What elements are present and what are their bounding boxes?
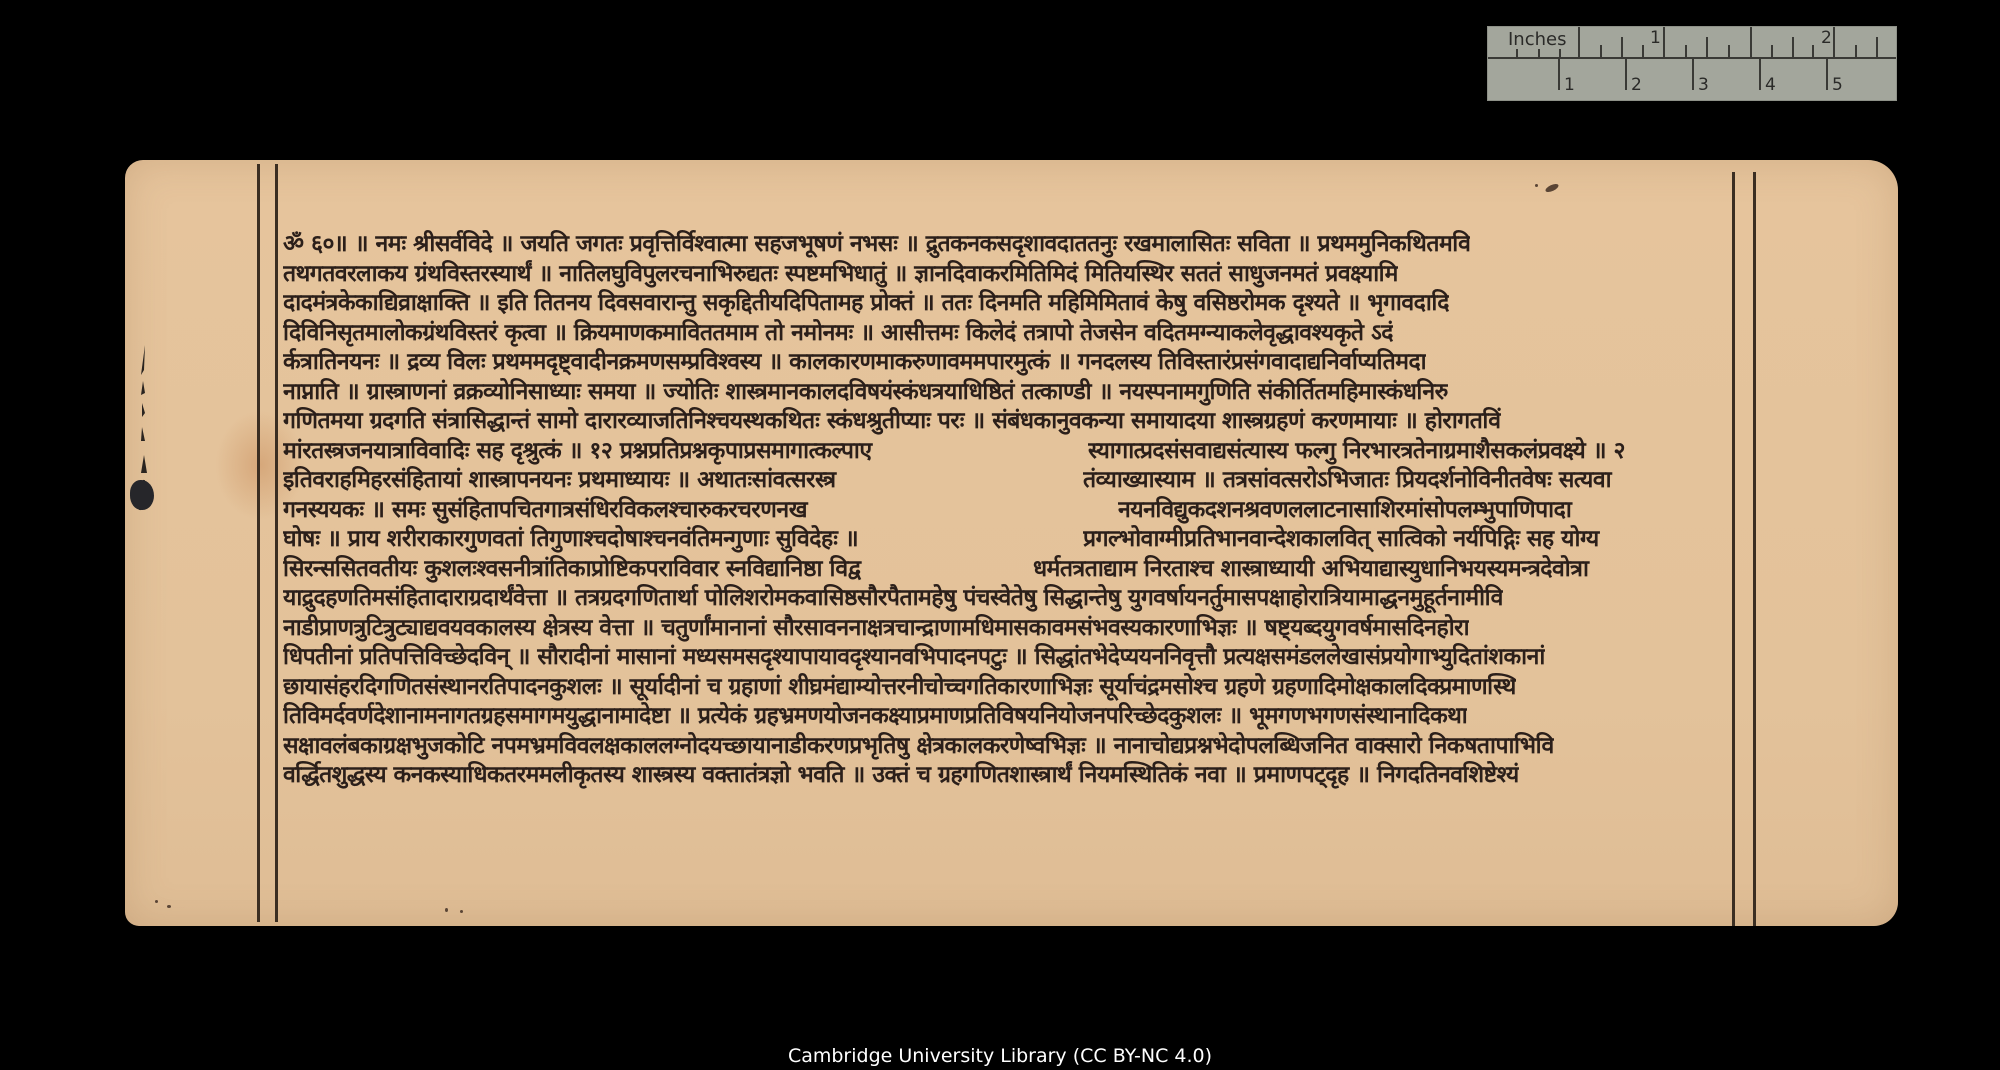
ruler-tick	[1685, 45, 1687, 58]
ruler-tick	[1855, 45, 1857, 58]
text-line-content: तथगतवरलाकय ग्रंथविस्तरस्यार्थं ॥ नातिलघु…	[283, 260, 1398, 290]
ruler-cm-number: 3	[1698, 75, 1709, 95]
text-line-content: तिविमर्दवर्णदेशानामनागतग्रहसमागमयुद्धाना…	[283, 702, 1467, 732]
text-line: छायासंहरदिगणितसंस्थानरतिपादनकुशलः ॥ सूर्…	[283, 673, 1733, 703]
text-line: ॐ ६०॥ ॥ नमः श्रीसर्वविदे ॥ जयति जगतः प्र…	[283, 230, 1733, 260]
ruler-tick	[1750, 27, 1752, 58]
text-line-content: गणितमया ग्रदगति संत्रासिद्धान्तं सामो दा…	[283, 407, 1501, 437]
ruler-tick	[1663, 27, 1665, 58]
ruler-tick	[1625, 58, 1627, 90]
ink-speck	[460, 910, 463, 913]
manuscript-folio: ॐ ६०॥ ॥ नमः श्रीसर्वविदे ॥ जयति जगतः प्र…	[125, 160, 1898, 926]
ruler-tick	[1642, 45, 1644, 58]
string-hole-gap	[973, 525, 1083, 555]
text-line: तथगतवरलाकय ग्रंथविस्तरस्यार्थं ॥ नातिलघु…	[283, 260, 1733, 290]
ink-blot	[130, 480, 154, 510]
text-line-split: सिरन्ससितवतीयः कुशलःश्वसनीत्रांतिकाप्रोष…	[283, 555, 1733, 585]
ruler-tick	[1538, 49, 1540, 58]
text-line-split: घोषः ॥ प्राय शरीराकारगुणवतां तिगुणाश्चदो…	[283, 525, 1733, 555]
image-credit-caption: Cambridge University Library (CC BY-NC 4…	[0, 1045, 2000, 1067]
left-margin-rule-outer	[257, 164, 260, 922]
string-hole-gap	[1028, 437, 1088, 467]
ruler-tick	[1558, 58, 1560, 90]
ink-speck	[167, 905, 171, 908]
text-line: याद्रुदहणतिमसंहितादाराग्रदार्थंवेत्ता ॥ …	[283, 584, 1733, 614]
ruler-cm-number: 2	[1631, 75, 1642, 95]
ruler-cm-number: 1	[1564, 75, 1575, 95]
ruler-inches-label: Inches	[1508, 29, 1566, 50]
ruler-inch-number: 2	[1821, 28, 1832, 48]
ruler-tick	[1771, 45, 1773, 58]
string-hole-gap	[943, 496, 1118, 526]
string-hole-gap	[1003, 555, 1033, 585]
text-line-content: दादमंत्रकेकाद्यिव्राक्षाक्ति ॥ इति तितनय…	[283, 289, 1449, 319]
text-line: दिविनिसृतमालोकग्रंथविस्तरं कृत्वा ॥ क्रि…	[283, 319, 1733, 349]
text-line-content: याद्रुदहणतिमसंहितादाराग्रदार्थंवेत्ता ॥ …	[283, 584, 1503, 614]
text-line-content: वर्द्धितशुद्धस्य कनकस्याधिकतरममलीकृतस्य …	[283, 761, 1519, 791]
text-line-left: मांरतस्त्रजनयात्राविवादिः सह दृश्रुत्कं …	[283, 437, 1028, 467]
ruler-cm-number: 5	[1832, 75, 1843, 95]
text-line: तिविमर्दवर्णदेशानामनागतग्रहसमागमयुद्धाना…	[283, 702, 1733, 732]
ruler-tick	[1706, 37, 1708, 58]
image-viewer-stage: Inches 1 2 1 2 3 4 5	[0, 0, 2000, 1070]
ink-speck	[445, 908, 448, 912]
string-hole-gap	[973, 466, 1083, 496]
ruler-tick	[1692, 58, 1694, 90]
ink-speck	[155, 900, 158, 903]
text-line-split: गनस्ययकः ॥ समः सुसंहितापचितगात्रसंधिरविक…	[283, 496, 1733, 526]
text-line-right: नयनविद्युकदशनश्रवणललाटनासाशिरमांसोपलम्भु…	[1118, 496, 1733, 526]
text-line: र्कत्रातिनयनः ॥ द्रव्य विलः प्रथममदृष्ट्…	[283, 348, 1733, 378]
text-line-right: प्रगल्भोवाग्मीप्रतिभानवान्देशकालवित् सात…	[1083, 525, 1733, 555]
text-line-split: इतिवराहमिहरसंहितायां शास्त्रापनयनः प्रथम…	[283, 466, 1733, 496]
text-line-left: गनस्ययकः ॥ समः सुसंहितापचितगात्रसंधिरविक…	[283, 496, 943, 526]
text-line-content: नाप्नाति ॥ ग्रास्त्राणनां व्रक्रव्योनिसा…	[283, 378, 1448, 408]
ruler-cm-number: 4	[1765, 75, 1776, 95]
ruler-tick	[1559, 49, 1561, 58]
text-line: गणितमया ग्रदगति संत्रासिद्धान्तं सामो दा…	[283, 407, 1733, 437]
text-line-content: दिविनिसृतमालोकग्रंथविस्तरं कृत्वा ॥ क्रि…	[283, 319, 1393, 349]
scale-ruler: Inches 1 2 1 2 3 4 5	[1487, 26, 1897, 101]
text-line: नाप्नाति ॥ ग्रास्त्राणनां व्रक्रव्योनिसा…	[283, 378, 1733, 408]
text-line-content: ॐ ६०॥ ॥ नमः श्रीसर्वविदे ॥ जयति जगतः प्र…	[283, 230, 1470, 260]
text-line-left: घोषः ॥ प्राय शरीराकारगुणवतां तिगुणाश्चदो…	[283, 525, 973, 555]
ink-speck	[1535, 184, 1538, 187]
ruler-tick	[1578, 27, 1580, 58]
text-line: नाडीप्राणत्रुटित्रुट्याद्यवयवकालस्य क्षे…	[283, 614, 1733, 644]
text-line-split: मांरतस्त्रजनयात्राविवादिः सह दृश्रुत्कं …	[283, 437, 1733, 467]
text-line: सक्षावलंबकाग्रक्षभुजकोटि नपमभ्रमविवलक्षक…	[283, 732, 1733, 762]
text-line-right: धर्मतत्रताद्याम निरताश्च शास्त्राध्यायी …	[1033, 555, 1733, 585]
text-line-left: सिरन्ससितवतीयः कुशलःश्वसनीत्रांतिकाप्रोष…	[283, 555, 1003, 585]
ruler-tick	[1759, 58, 1761, 90]
ruler-tick	[1876, 37, 1878, 58]
text-line-content: छायासंहरदिगणितसंस्थानरतिपादनकुशलः ॥ सूर्…	[283, 673, 1516, 703]
left-margin-rule-inner	[275, 164, 278, 922]
right-margin-rule-outer	[1753, 172, 1756, 926]
text-line-right: स्यागात्प्रदसंसवाद्यसंत्यास्य फल्गु निरभ…	[1088, 437, 1733, 467]
text-line-content: नाडीप्राणत्रुटित्रुट्याद्यवयवकालस्य क्षे…	[283, 614, 1469, 644]
ruler-tick	[1600, 45, 1602, 58]
manuscript-text-block: ॐ ६०॥ ॥ नमः श्रीसर्वविदे ॥ जयति जगतः प्र…	[283, 230, 1733, 791]
ink-speck	[1544, 182, 1559, 193]
ruler-tick	[1728, 45, 1730, 58]
margin-ink-marks	[131, 345, 153, 540]
text-line-right: तंव्याख्यास्याम ॥ तत्रसांवत्सरोऽभिजातः प…	[1083, 466, 1733, 496]
text-line-left: इतिवराहमिहरसंहितायां शास्त्रापनयनः प्रथम…	[283, 466, 973, 496]
ruler-tick	[1826, 58, 1828, 90]
ruler-tick	[1621, 37, 1623, 58]
ruler-tick	[1833, 27, 1835, 58]
ruler-inch-number: 1	[1650, 28, 1661, 48]
text-line-content: र्कत्रातिनयनः ॥ द्रव्य विलः प्रथममदृष्ट्…	[283, 348, 1426, 378]
text-line-content: सक्षावलंबकाग्रक्षभुजकोटि नपमभ्रमविवलक्षक…	[283, 732, 1554, 762]
ruler-tick	[1516, 49, 1518, 58]
text-line: दादमंत्रकेकाद्यिव्राक्षाक्ति ॥ इति तितनय…	[283, 289, 1733, 319]
text-line: धिपतीनां प्रतिपत्तिविच्छेदविन् ॥ सौरादीन…	[283, 643, 1733, 673]
text-line-content: धिपतीनां प्रतिपत्तिविच्छेदविन् ॥ सौरादीन…	[283, 643, 1545, 673]
ruler-tick	[1812, 45, 1814, 58]
text-line: वर्द्धितशुद्धस्य कनकस्याधिकतरममलीकृतस्य …	[283, 761, 1733, 791]
ruler-tick	[1792, 37, 1794, 58]
